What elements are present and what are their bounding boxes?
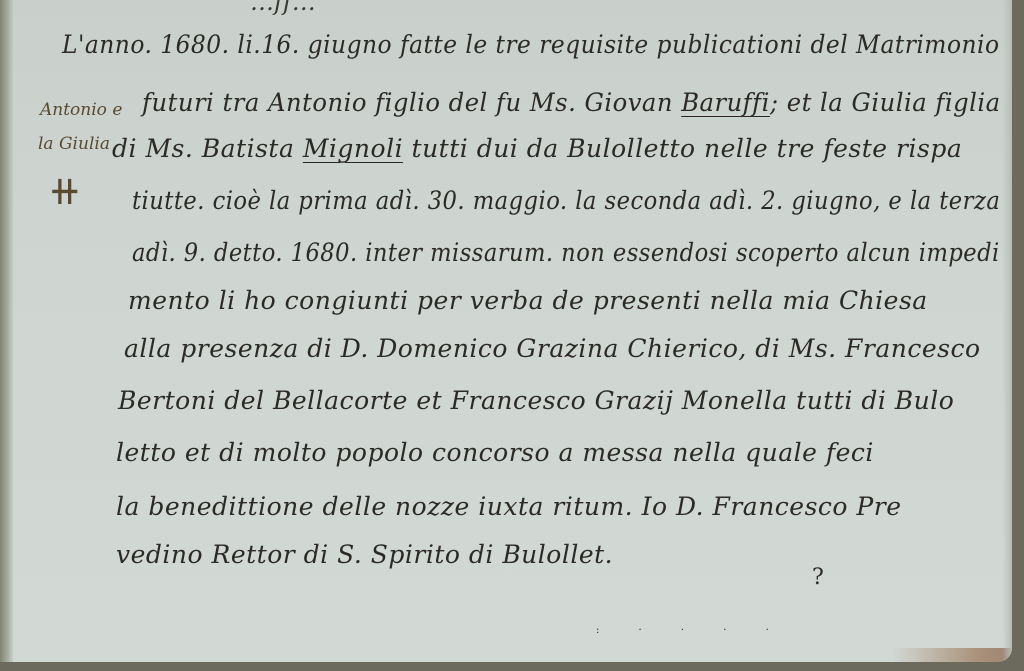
entry-line-3: di Ms. Batista Mignoli tutti dui da Bulo… (112, 134, 962, 163)
entry-line-1: L'anno. 1680. li.16. giugno fatte le tre… (62, 30, 999, 59)
bottom-ink-dots: : · · · · (596, 625, 787, 636)
entry-line-2: futuri tra Antonio figlio del fu Ms. Gio… (142, 88, 1001, 117)
line-3-post: tutti dui da Bulolletto nelle tre feste … (403, 134, 962, 163)
entry-line-9: letto et di molto popolo concorso a mess… (116, 438, 874, 467)
entry-line-7: alla presenza di D. Domenico Grazina Chi… (124, 334, 981, 363)
manuscript-page: …ſſ… Antonio e la Giulia ⧺ L'anno. 1680.… (0, 0, 1012, 662)
entry-line-8: Bertoni del Bellacorte et Francesco Graz… (118, 386, 954, 415)
entry-line-4: tiutte. cioè la prima adì. 30. maggio. l… (132, 186, 1000, 215)
line-2-post: ; et la Giulia figlia (770, 88, 1001, 117)
register-entry-text: L'anno. 1680. li.16. giugno fatte le tre… (0, 0, 1012, 662)
entry-line-5: adì. 9. detto. 1680. inter missarum. non… (132, 238, 1000, 267)
entry-line-10: la benedittione delle nozze iuxta ritum.… (116, 492, 902, 521)
entry-line-6: mento li ho congiunti per verba de prese… (128, 286, 928, 315)
line-3-pre: di Ms. Batista (112, 134, 303, 163)
entry-line-11: vedino Rettor di S. Spirito di Bulollet. (116, 540, 613, 569)
surname-baruffi: Baruffi (681, 88, 770, 117)
stray-question-mark: ? (812, 565, 824, 590)
surname-mignoli: Mignoli (303, 134, 403, 163)
line-2-pre: futuri tra Antonio figlio del fu Ms. Gio… (142, 88, 681, 117)
